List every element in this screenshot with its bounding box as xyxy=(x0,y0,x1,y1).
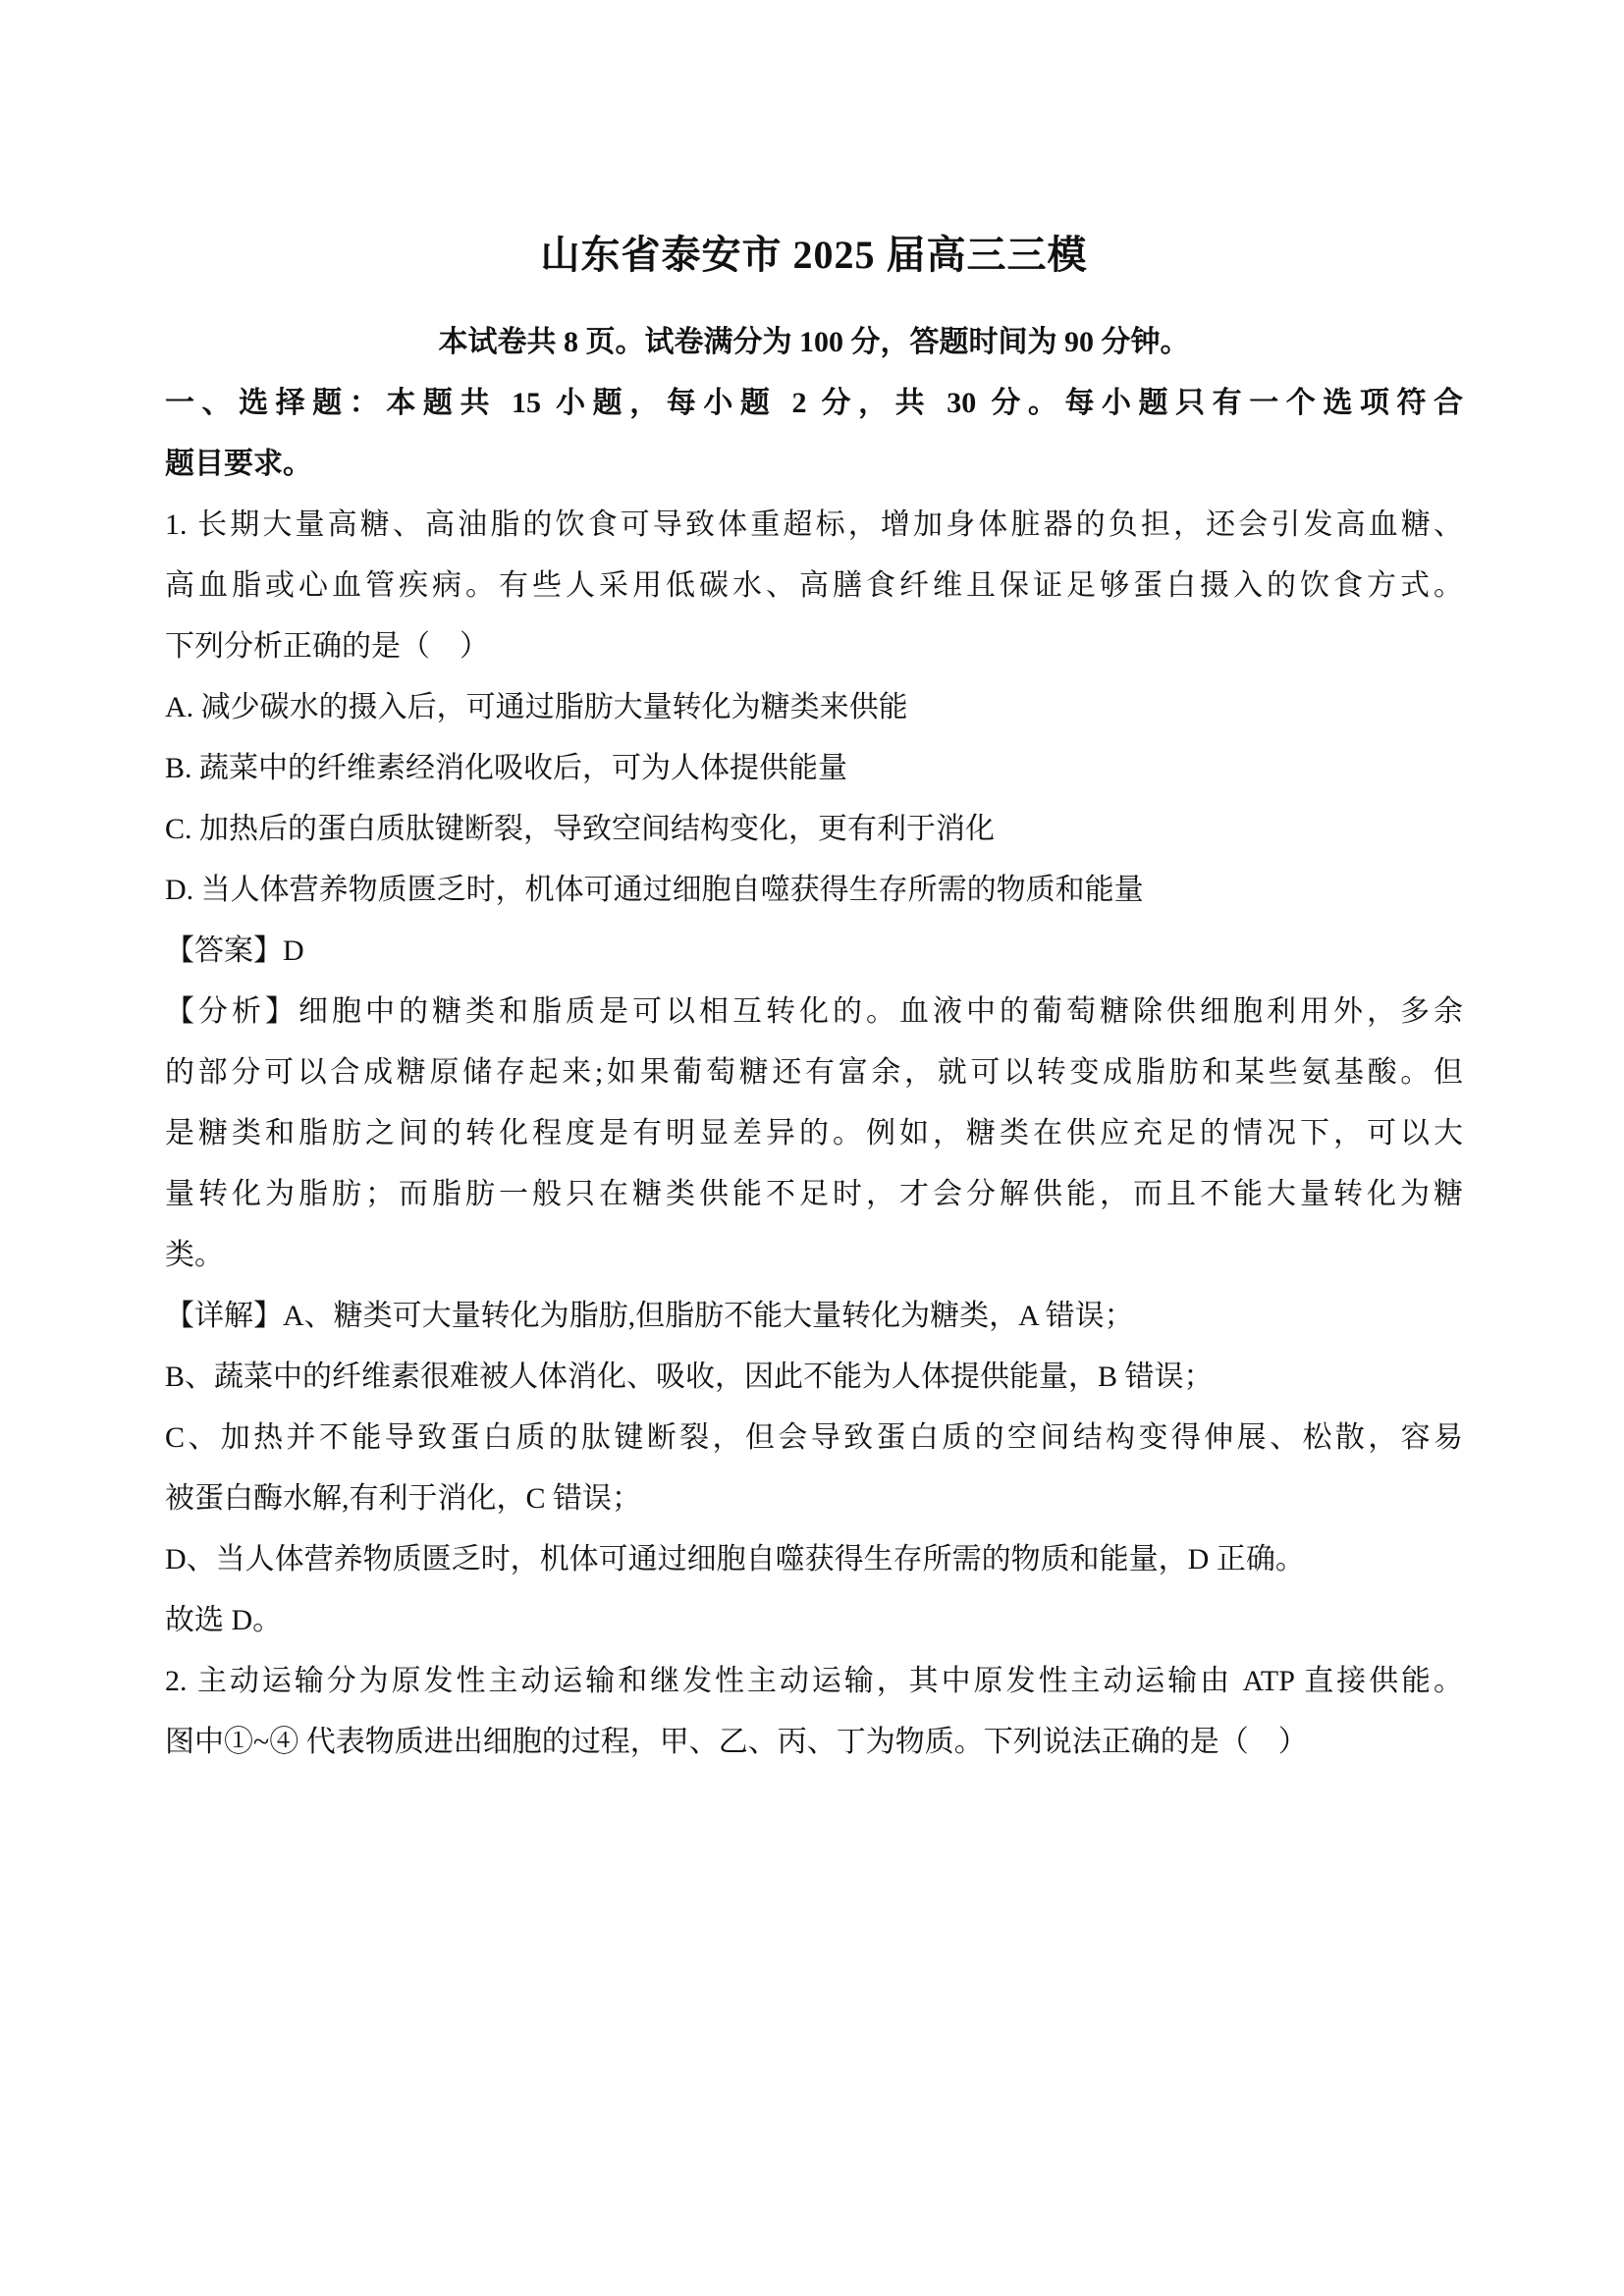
analysis-line-5: 类。 xyxy=(165,1225,1463,1286)
analysis-line-3: 是糖类和脂肪之间的转化程度是有明显差异的。例如，糖类在供应充足的情况下，可以大 xyxy=(165,1103,1463,1164)
option-a: A. 减少碳水的摄入后，可通过脂肪大量转化为糖类来供能 xyxy=(165,677,1463,738)
explanation-line-4: 被蛋白酶水解,有利于消化，C 错误； xyxy=(165,1468,1463,1529)
explanation-line-5: D、当人体营养物质匮乏时，机体可通过细胞自噬获得生存所需的物质和能量，D 正确。 xyxy=(165,1529,1463,1590)
question-1-stem-line-2: 高血脂或心血管疾病。有些人采用低碳水、高膳食纤维且保证足够蛋白摄入的饮食方式。 xyxy=(165,556,1463,616)
question-1-stem-line-1: 1. 长期大量高糖、高油脂的饮食可导致体重超标，增加身体脏器的负担，还会引发高血… xyxy=(165,495,1463,556)
explanation-block: 【详解】A、糖类可大量转化为脂肪,但脂肪不能大量转化为糖类，A 错误； B、蔬菜… xyxy=(165,1286,1463,1651)
explanation-conclusion: 故选 D。 xyxy=(165,1590,1463,1651)
answer-line: 【答案】D xyxy=(165,921,1463,982)
question-2-stem-line-2: 图中①~④ 代表物质进出细胞的过程，甲、乙、丙、丁为物质。下列说法正确的是（ ） xyxy=(165,1712,1463,1773)
analysis-block: 【分析】细胞中的糖类和脂质是可以相互转化的。血液中的葡萄糖除供细胞利用外，多余 … xyxy=(165,982,1463,1286)
question-2-stem-line-1: 2. 主动运输分为原发性主动运输和继发性主动运输，其中原发性主动运输由 ATP … xyxy=(165,1651,1463,1712)
section-heading-line-2: 题目要求。 xyxy=(165,434,1463,495)
explanation-line-1: 【详解】A、糖类可大量转化为脂肪,但脂肪不能大量转化为糖类，A 错误； xyxy=(165,1286,1463,1347)
option-d: D. 当人体营养物质匮乏时，机体可通过细胞自噬获得生存所需的物质和能量 xyxy=(165,860,1463,921)
explanation-line-2: B、蔬菜中的纤维素很难被人体消化、吸收，因此不能为人体提供能量，B 错误； xyxy=(165,1347,1463,1408)
option-c: C. 加热后的蛋白质肽键断裂，导致空间结构变化，更有利于消化 xyxy=(165,799,1463,860)
analysis-line-1: 【分析】细胞中的糖类和脂质是可以相互转化的。血液中的葡萄糖除供细胞利用外，多余 xyxy=(165,982,1463,1042)
question-2: 2. 主动运输分为原发性主动运输和继发性主动运输，其中原发性主动运输由 ATP … xyxy=(165,1651,1463,1773)
page-title: 山东省泰安市 2025 届高三三模 xyxy=(165,228,1463,283)
explanation-line-3: C、加热并不能导致蛋白质的肽键断裂，但会导致蛋白质的空间结构变得伸展、松散，容易 xyxy=(165,1408,1463,1468)
section-heading: 一、选择题：本题共 15 小题，每小题 2 分，共 30 分。每小题只有一个选项… xyxy=(165,373,1463,495)
question-1-stem-line-3: 下列分析正确的是（ ） xyxy=(165,616,1463,677)
exam-document-page: 山东省泰安市 2025 届高三三模 本试卷共 8 页。试卷满分为 100 分，答… xyxy=(0,0,1624,2296)
option-b: B. 蔬菜中的纤维素经消化吸收后，可为人体提供能量 xyxy=(165,738,1463,799)
analysis-line-2: 的部分可以合成糖原储存起来;如果葡萄糖还有富余，就可以转变成脂肪和某些氨基酸。但 xyxy=(165,1042,1463,1103)
analysis-line-4: 量转化为脂肪；而脂肪一般只在糖类供能不足时，才会分解供能，而且不能大量转化为糖 xyxy=(165,1164,1463,1225)
question-1: 1. 长期大量高糖、高油脂的饮食可导致体重超标，增加身体脏器的负担，还会引发高血… xyxy=(165,495,1463,1651)
exam-info-line: 本试卷共 8 页。试卷满分为 100 分，答题时间为 90 分钟。 xyxy=(165,312,1463,373)
section-heading-line-1: 一、选择题：本题共 15 小题，每小题 2 分，共 30 分。每小题只有一个选项… xyxy=(165,373,1463,434)
